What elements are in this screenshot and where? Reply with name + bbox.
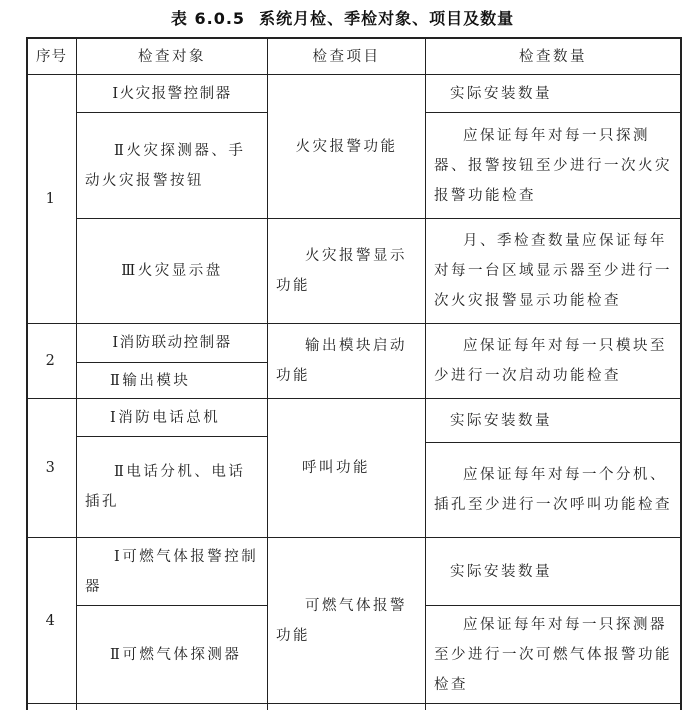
header-object: 检查对象 xyxy=(77,39,267,74)
row2-object-2: Ⅱ输出模块 xyxy=(77,363,267,398)
table-number: 表 6.0.5 xyxy=(171,9,245,28)
row1-qty-1: 实际安装数量 xyxy=(426,75,680,112)
row4-qty-2: 应保证每年对每一只探测器至少进行一次可燃气体报警功能检查 xyxy=(426,606,680,703)
border-bottom-partial xyxy=(26,703,682,704)
row1-item-2: 火灾报警显示功能 xyxy=(268,219,425,323)
row1-qty-3: 月、季检查数量应保证每年对每一台区域显示器至少进行一次火灾报警显示功能检查 xyxy=(426,219,680,323)
row4-object-2: Ⅱ可燃气体探测器 xyxy=(77,606,267,703)
table-caption: 表 6.0.5系统月检、季检对象、项目及数量 xyxy=(0,6,685,29)
row1-item-1: 火灾报警功能 xyxy=(268,75,425,218)
row1-qty-2: 应保证每年对每一只探测器、报警按钮至少进行一次火灾报警功能检查 xyxy=(426,113,680,218)
header-item: 检查项目 xyxy=(268,39,425,74)
row4-object-1: Ⅰ可燃气体报警控制器 xyxy=(77,538,267,605)
table-title: 系统月检、季检对象、项目及数量 xyxy=(259,9,514,28)
row1-no: 1 xyxy=(27,75,76,323)
row2-no: 2 xyxy=(27,324,76,398)
row1-object-3: Ⅲ火灾显示盘 xyxy=(77,219,267,323)
row3-qty-2: 应保证每年对每一个分机、插孔至少进行一次呼叫功能检查 xyxy=(426,443,680,537)
row3-item: 呼叫功能 xyxy=(268,399,425,537)
row4-item: 可燃气体报警功能 xyxy=(268,538,425,703)
row2-object-1: Ⅰ消防联动控制器 xyxy=(77,324,267,362)
border-right xyxy=(680,37,682,710)
row2-item: 输出模块启动功能 xyxy=(268,324,425,398)
row3-no: 3 xyxy=(27,399,76,537)
row3-object-2: Ⅱ电话分机、电话插孔 xyxy=(77,437,267,537)
header-quantity: 检查数量 xyxy=(426,39,680,74)
row1-object-2: Ⅱ火灾探测器、手动火灾报警按钮 xyxy=(77,113,267,218)
header-no: 序号 xyxy=(27,39,76,74)
row3-qty-1: 实际安装数量 xyxy=(426,399,680,442)
row1-object-1: Ⅰ火灾报警控制器 xyxy=(77,75,267,112)
row4-no: 4 xyxy=(27,538,76,703)
row3-object-1: Ⅰ消防电话总机 xyxy=(77,399,267,436)
row4-qty-1: 实际安装数量 xyxy=(426,538,680,605)
row2-qty: 应保证每年对每一只模块至少进行一次启动功能检查 xyxy=(426,324,680,398)
